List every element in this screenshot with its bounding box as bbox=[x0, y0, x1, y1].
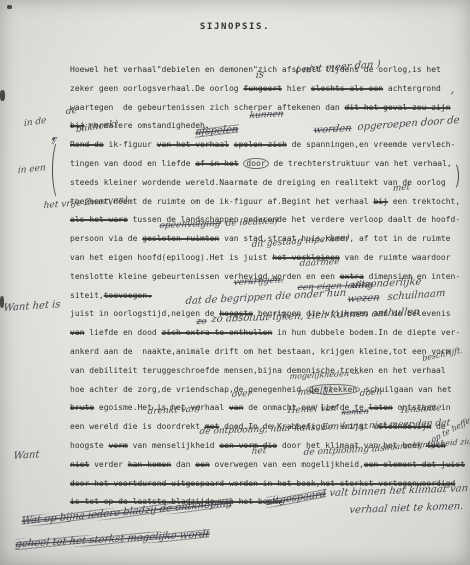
typed-text-struck: als het ware bbox=[70, 215, 128, 224]
typed-text-struck: dit het geval zou zijn bbox=[345, 103, 451, 112]
typed-text-struck: van het verhaal bbox=[157, 140, 229, 149]
typed-text: hoe achter de zorg,de vriendschap,de gen… bbox=[70, 385, 306, 394]
typed-text-struck: fungeert bbox=[243, 84, 282, 93]
typed-text: een wereld die is doordrekt bbox=[70, 422, 205, 431]
typed-text: van menselijkheid bbox=[128, 441, 220, 450]
typed-text-struck: brute bbox=[70, 403, 94, 412]
typed-text: in hun dubbele bodem.In de diepte ver- bbox=[272, 328, 460, 337]
typed-text: overwegen van een mogelijkheid, bbox=[210, 460, 364, 469]
typed-text: ankerd aan de naakte,animale drift om he… bbox=[70, 347, 451, 356]
handwritten-annotation: kunnen bbox=[249, 109, 284, 121]
typed-text-struck: van bbox=[70, 328, 84, 337]
typed-line: van liefde en dood zich extra te onthull… bbox=[70, 324, 466, 343]
scanned-page: SIJNOPSIS. Hoewel het verhaal"debielen e… bbox=[0, 0, 470, 565]
typed-text-struck: af in het bbox=[195, 159, 238, 168]
typed-text-struck: vorm bbox=[109, 441, 128, 450]
typed-text-struck: laten bbox=[369, 403, 393, 412]
handwritten-annotation: is bbox=[255, 69, 264, 81]
handwritten-annotation: zo bbox=[196, 317, 207, 327]
typed-line: zeker geen oorlogsverhaal.De oorlog fung… bbox=[70, 80, 466, 99]
document-title: SIJNOPSIS. bbox=[0, 22, 470, 32]
handwritten-annotation: over bbox=[231, 389, 252, 400]
typed-text: van het eigen hoofd(epiloog).Het is juis… bbox=[70, 253, 272, 262]
handwritten-annotation: doen bbox=[359, 387, 382, 399]
scan-smudge bbox=[0, 296, 4, 308]
paren-right-ink-mark bbox=[448, 162, 459, 190]
typed-text: liefde en dood bbox=[84, 328, 161, 337]
handwritten-annotation: in de bbox=[24, 116, 46, 129]
typed-text-struck: toevoegen. bbox=[104, 291, 152, 300]
handwritten-annotation: daarmee bbox=[299, 257, 340, 269]
typed-line: Rond de ik-figuur van het verhaal spelen… bbox=[70, 136, 466, 155]
scan-smudge bbox=[7, 5, 12, 9]
handwritten-annotation: met bbox=[393, 182, 411, 194]
handwritten-annotation: komen bbox=[341, 407, 369, 417]
typed-text: achtergrond bbox=[383, 84, 441, 93]
typed-line: van het eigen hoofd(epiloog).Het is juis… bbox=[70, 249, 466, 268]
typed-line: niet verder kan komen dan een overwegen … bbox=[70, 456, 466, 475]
paren-left-ink-mark bbox=[52, 140, 66, 200]
typed-text-struck: een bbox=[195, 460, 209, 469]
typed-text: verder bbox=[89, 460, 128, 469]
typed-text-struck: van bbox=[229, 403, 243, 412]
typed-text: van debiliteit teruggeschroefde mensen,b… bbox=[70, 366, 446, 375]
typed-text-struck: slechts als een bbox=[311, 84, 383, 93]
typed-text-struck: niet bbox=[70, 460, 89, 469]
typed-text-struck: een vorm die bbox=[219, 441, 277, 450]
typed-text-struck: gesloten ruimten bbox=[142, 234, 219, 243]
handwritten-annotation: wezen bbox=[347, 292, 380, 305]
typed-text: de trechterstruktuur van het verhaal, bbox=[269, 159, 452, 168]
typed-text: waartegen de gebeurtenissen zich scherpe… bbox=[70, 103, 345, 112]
typed-text: tingen van dood en liefde bbox=[70, 159, 195, 168]
typed-text-struck: zich extra te onthullen bbox=[162, 328, 273, 337]
typed-text-struck: bij bbox=[373, 197, 387, 206]
handwritten-annotation: geheel tot het sterkst mogelijke wordt bbox=[15, 529, 210, 550]
typed-text: hoogste bbox=[70, 441, 109, 450]
handwritten-annotation: worden bbox=[313, 123, 352, 136]
typed-text: ik-figuur bbox=[104, 140, 157, 149]
typed-text: dan bbox=[171, 460, 195, 469]
typed-text-struck: Rond de bbox=[70, 140, 104, 149]
typed-text: persoon via de bbox=[70, 234, 142, 243]
typed-text: siteit, bbox=[70, 291, 104, 300]
typed-text: hier bbox=[282, 84, 311, 93]
typed-text-struck: spelen zich bbox=[234, 140, 287, 149]
typed-text: een trektocht, bbox=[388, 197, 460, 206]
typed-line: Hoewel het verhaal"debielen en demonen"z… bbox=[70, 61, 466, 80]
typed-text: tenslotte kleine gebeurtenissen verhevig… bbox=[70, 272, 340, 281]
handwritten-annotation: het bbox=[251, 446, 266, 457]
scan-smudge bbox=[0, 90, 5, 101]
typed-line: hoe achter de zorg,de vriendschap,de gen… bbox=[70, 381, 466, 400]
handwritten-annotation: Want bbox=[13, 449, 40, 462]
typed-text-struck: een element dat juist bbox=[364, 460, 465, 469]
typed-text: steeds kleiner wordende wereld.Naarmate … bbox=[70, 178, 446, 187]
typed-line: ankerd aan de naakte,animale drift om he… bbox=[70, 343, 466, 362]
typed-line: tingen van dood en liefde af in het door… bbox=[70, 155, 466, 174]
handwritten-annotation: Want het is bbox=[3, 299, 61, 314]
typed-line: van debiliteit teruggeschroefde mensen,b… bbox=[70, 362, 466, 381]
typed-text: zeker geen oorlogsverhaal.De oorlog bbox=[70, 84, 243, 93]
handwritten-annotation: de bbox=[66, 106, 77, 117]
typed-text: van de ruimte waardoor bbox=[340, 253, 451, 262]
typed-line: toeneemt,neemt de ruimte om de ik-figuur… bbox=[70, 193, 466, 212]
typed-text-struck: kan komen bbox=[128, 460, 171, 469]
typed-text: de spanningen,en vreemde vervlech- bbox=[287, 140, 456, 149]
typed-text-circled: door bbox=[243, 158, 268, 169]
handwritten-annotation: in een bbox=[18, 163, 46, 176]
